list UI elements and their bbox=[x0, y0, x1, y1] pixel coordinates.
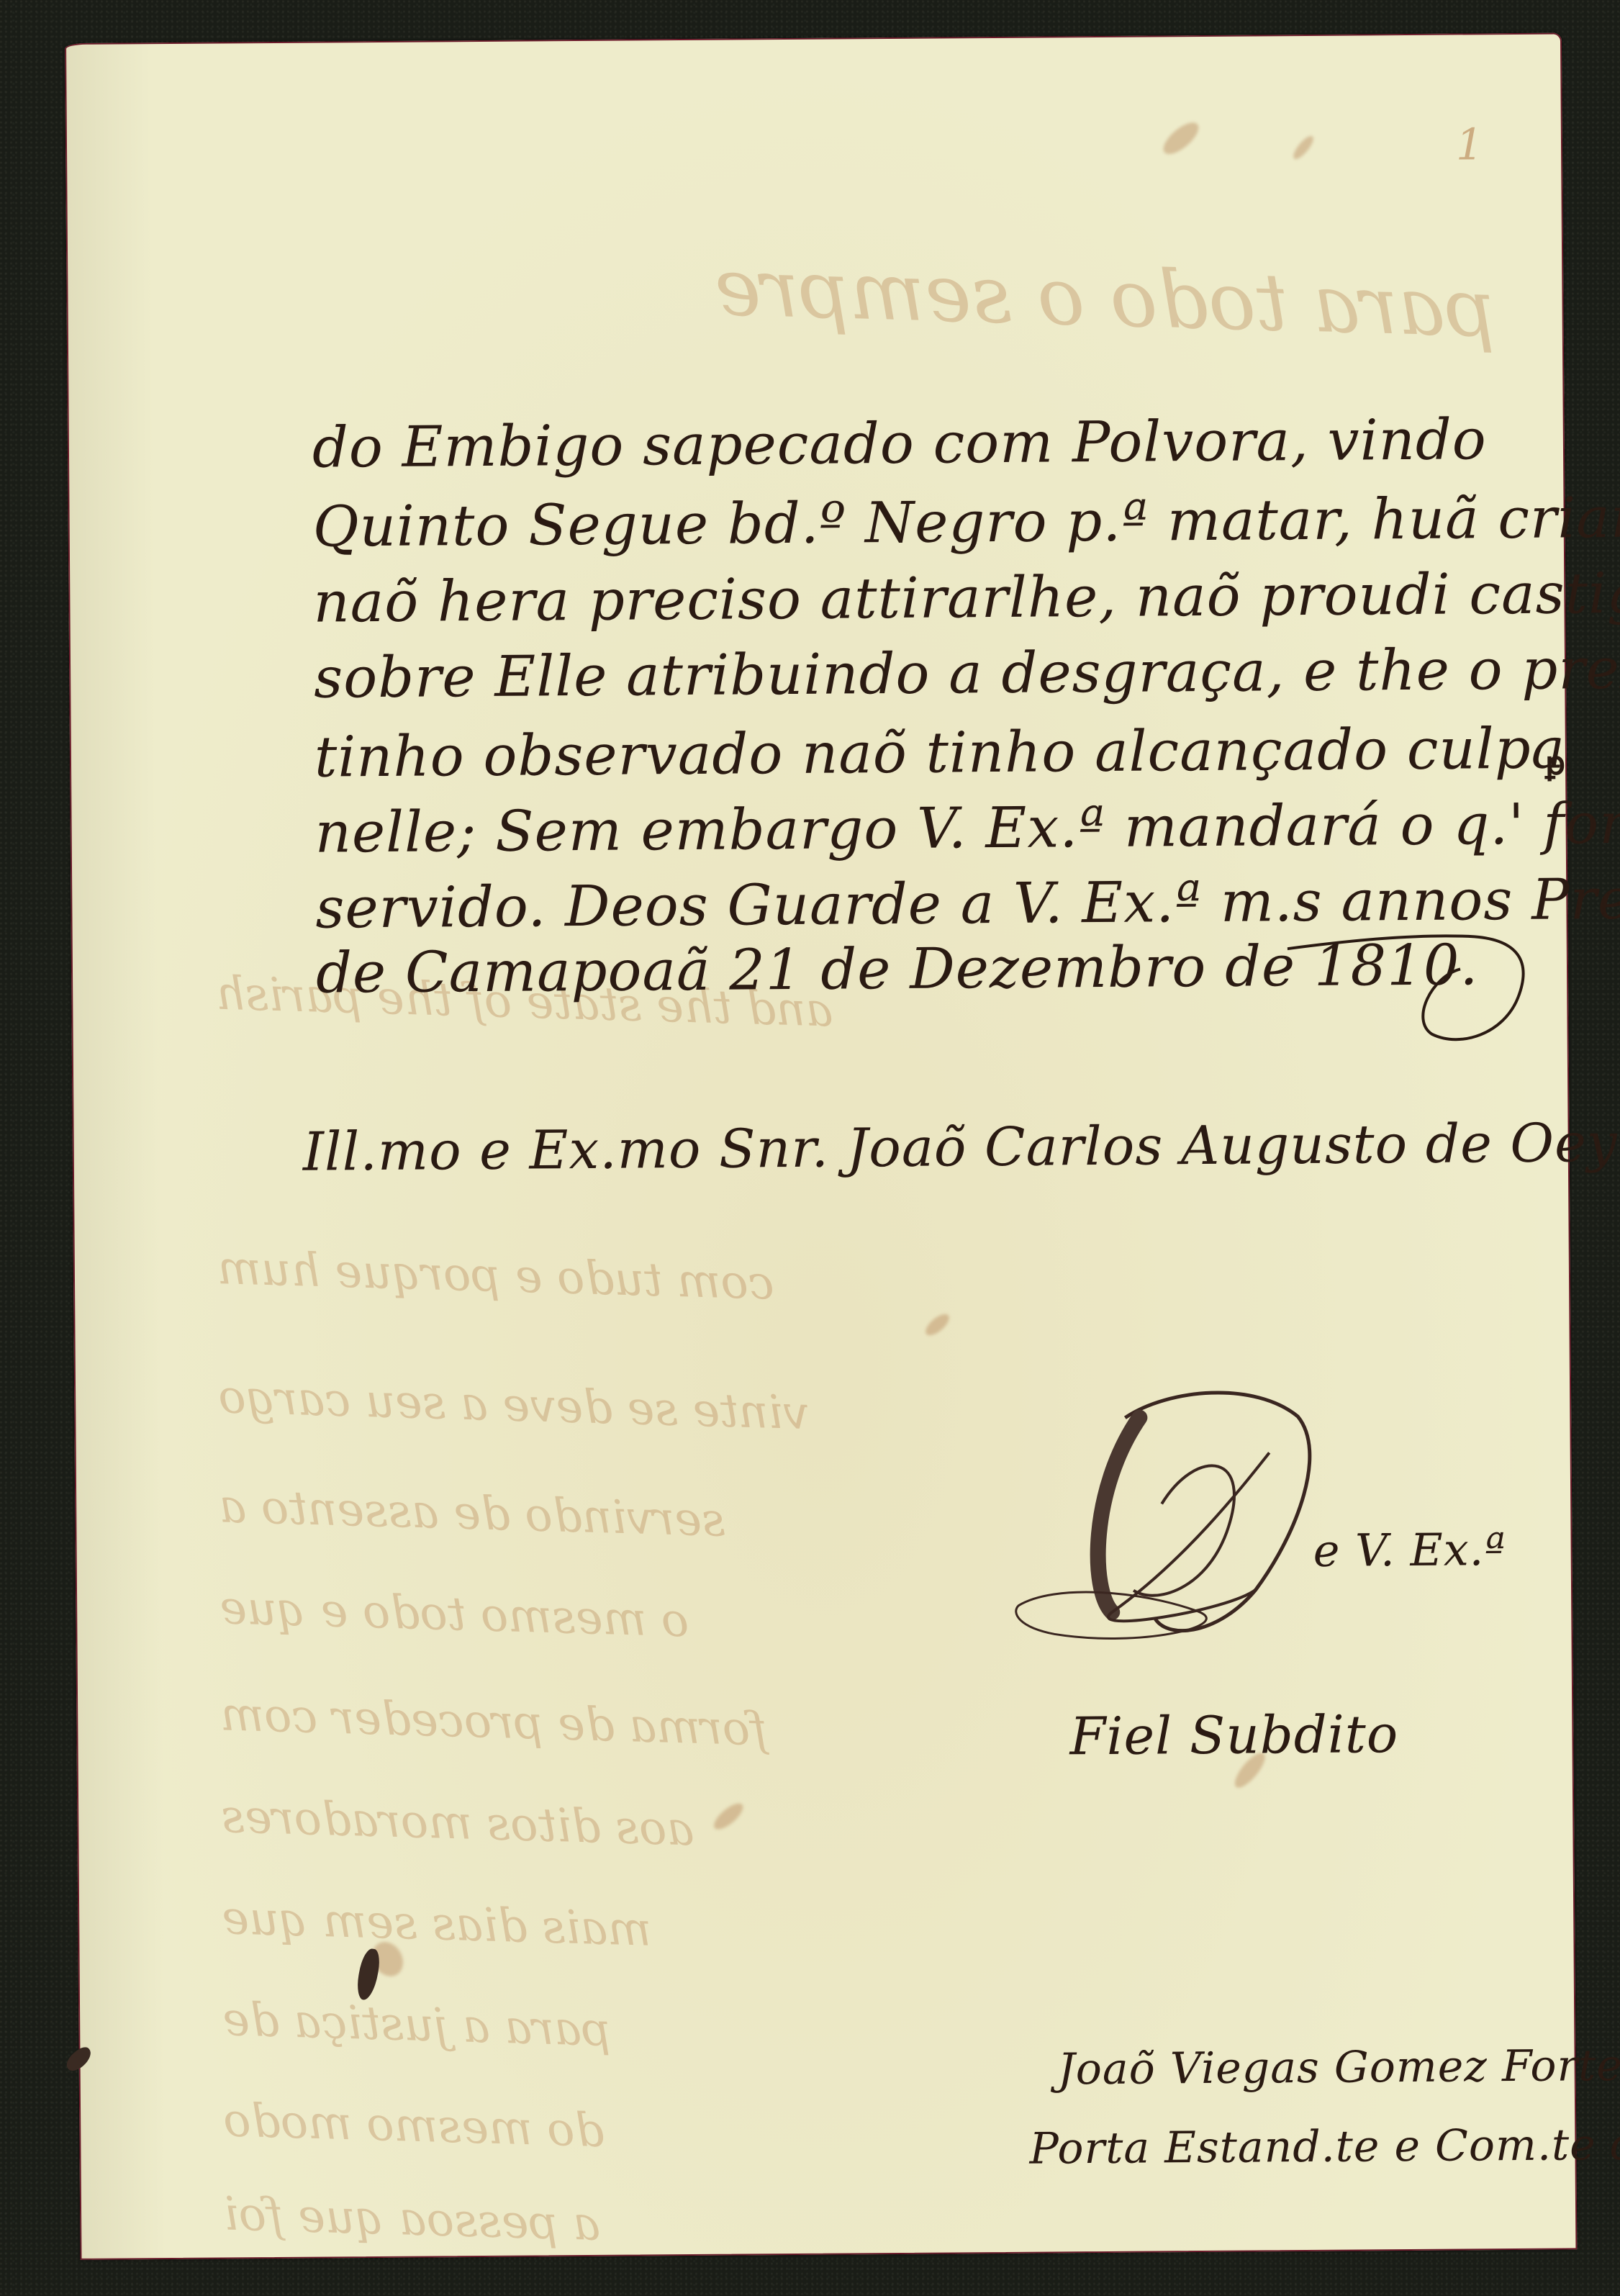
ink-blot bbox=[355, 1947, 382, 2001]
closing-abbreviation: e V. Ex.ª bbox=[1313, 1523, 1506, 1577]
bleed-through-line: vinte se deve a seu cargo bbox=[217, 1370, 810, 1440]
bleed-through-line: servindo de assento a bbox=[218, 1480, 726, 1547]
bleed-through-line: para todo o sempre bbox=[713, 241, 1497, 355]
signer-title: Porta Estand.te e Com.te do Prezidio bbox=[1029, 2118, 1620, 2174]
bleed-through-line: o mesmo todo e que bbox=[219, 1581, 689, 1648]
addressee-line: Ill.mo e Ex.mo Snr. Joaõ Carlos Augusto … bbox=[302, 1111, 1620, 1183]
body-line-6: nelle; Sem embargo V. Ex.ª mandará o q.'… bbox=[315, 792, 1620, 866]
bleed-through-line: do mesmo modo bbox=[222, 2094, 605, 2158]
manuscript-page: 1 and the state of the parish com tudo e… bbox=[65, 32, 1577, 2259]
body-line-2: Quinto Segue bd.º Negro p.ª matar, huã c… bbox=[312, 485, 1620, 560]
bleed-through-line: com tudo e porque hum bbox=[217, 1242, 775, 1311]
ink-stain bbox=[710, 1799, 747, 1834]
ink-stain bbox=[922, 1311, 952, 1339]
body-line-3: naõ hera preciso attirarlhe, naõ proudi … bbox=[313, 561, 1620, 635]
date-flourish bbox=[1288, 918, 1576, 1064]
signer-name: Joaõ Viegas Gomez Forte bbox=[1057, 2040, 1620, 2094]
bleed-through-line: para a justiça de bbox=[222, 1993, 612, 2057]
bleed-through-line: mais dias sem que bbox=[221, 1892, 652, 1957]
bleed-through-line: forma de proceder com bbox=[220, 1688, 768, 1756]
body-line-1: do Embigo sapecado com Polvora, vindo bbox=[312, 407, 1487, 480]
bleed-through-line: a pessoa que foi bbox=[223, 2187, 601, 2251]
body-line-4: sobre Elle atribuindo a desgraça, e the … bbox=[314, 636, 1620, 710]
ink-stain bbox=[1290, 133, 1316, 162]
bleed-through-line: aos ditos moradores bbox=[220, 1790, 694, 1856]
ink-stain bbox=[1159, 117, 1204, 160]
folio-number: 1 bbox=[1456, 119, 1484, 170]
ink-blot bbox=[63, 2044, 95, 2075]
closing-line: Fiel Subdito bbox=[1069, 1704, 1398, 1766]
margin-mark: ꝑ bbox=[1545, 745, 1565, 782]
body-line-5: tinho observado naõ tinho alcançado culp… bbox=[315, 716, 1566, 790]
